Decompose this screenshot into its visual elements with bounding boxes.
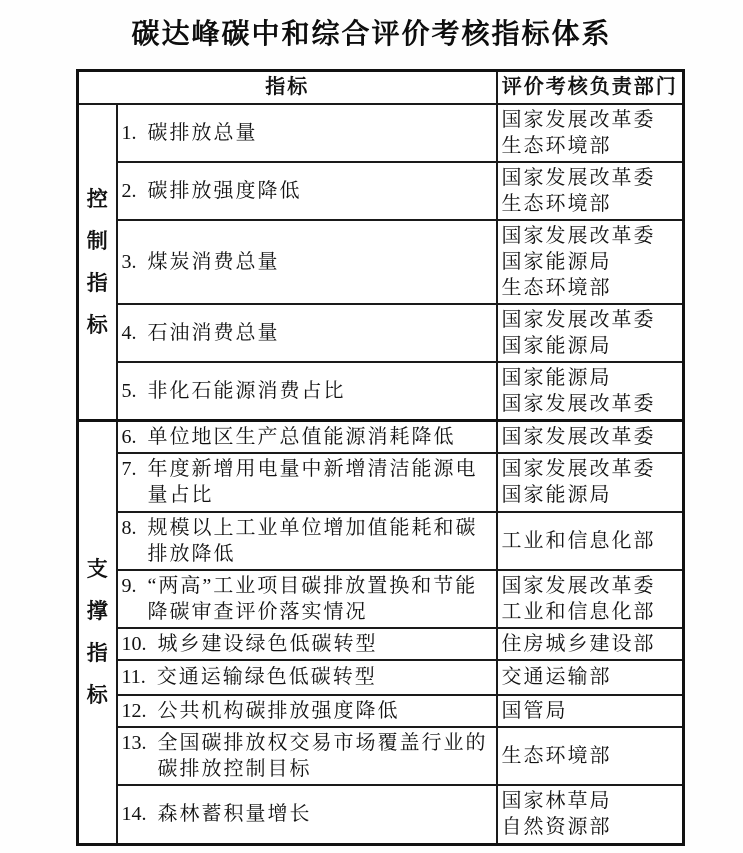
table-header-row: 指标 评价考核负责部门 [78,71,684,104]
department-cell: 生态环境部 [497,727,684,785]
department-cell: 交通运输部 [497,660,684,695]
indicator-number: 13. [122,730,147,756]
indicator-number: 3. [122,249,137,275]
table-row: 10. 城乡建设绿色低碳转型 住房城乡建设部 [78,628,684,660]
indicator-text: 石油消费总量 [148,320,492,346]
indicator-cell: 14. 森林蓄积量增长 [117,785,497,845]
indicator-text: 单位地区生产总值能源消耗降低 [148,424,492,450]
indicator-text: 森林蓄积量增长 [158,801,492,827]
table-row: 8. 规模以上工业单位增加值能耗和碳排放降低 工业和信息化部 [78,512,684,570]
table-row: 5. 非化石能源消费占比 国家能源局 国家发展改革委 [78,362,684,421]
group-cell-control: 控制指标 [78,104,117,421]
indicator-text: 碳排放强度降低 [148,178,492,204]
department-cell: 国家发展改革委 国家能源局 [497,304,684,362]
indicator-number: 14. [122,801,147,827]
indicator-cell: 12. 公共机构碳排放强度降低 [117,695,497,727]
header-department: 评价考核负责部门 [497,71,684,104]
group-cell-support: 支撑指标 [78,420,117,845]
table-row: 14. 森林蓄积量增长 国家林草局 自然资源部 [78,785,684,845]
department-cell: 国家林草局 自然资源部 [497,785,684,845]
indicator-number: 4. [122,320,137,346]
department-cell: 国家发展改革委 国家能源局 [497,453,684,512]
indicator-cell: 4. 石油消费总量 [117,304,497,362]
indicator-cell: 9. “两高”工业项目碳排放置换和节能降碳审查评价落实情况 [117,570,497,628]
department-cell: 住房城乡建设部 [497,628,684,660]
indicator-text: 公共机构碳排放强度降低 [158,698,492,724]
indicator-cell: 1. 碳排放总量 [117,104,497,162]
indicator-cell: 10. 城乡建设绿色低碳转型 [117,628,497,660]
department-cell: 国家发展改革委 生态环境部 [497,162,684,220]
indicator-cell: 6. 单位地区生产总值能源消耗降低 [117,420,497,453]
indicator-text: 交通运输绿色低碳转型 [157,664,492,690]
department-cell: 国家发展改革委 [497,420,684,453]
table-row: 12. 公共机构碳排放强度降低 国管局 [78,695,684,727]
indicator-text: 全国碳排放权交易市场覆盖行业的碳排放控制目标 [158,730,492,782]
table-row: 控制指标 1. 碳排放总量 国家发展改革委 生态环境部 [78,104,684,162]
indicator-text: 非化石能源消费占比 [148,378,492,404]
group-label: 支撑指标 [86,548,108,716]
indicator-number: 9. [122,573,137,599]
indicator-cell: 11. 交通运输绿色低碳转型 [117,660,497,695]
table-row: 4. 石油消费总量 国家发展改革委 国家能源局 [78,304,684,362]
indicator-cell: 3. 煤炭消费总量 [117,220,497,304]
department-cell: 国管局 [497,695,684,727]
indicator-text: “两高”工业项目碳排放置换和节能降碳审查评价落实情况 [148,573,492,625]
indicator-number: 7. [122,456,137,482]
department-cell: 国家发展改革委 生态环境部 [497,104,684,162]
table-row: 11. 交通运输绿色低碳转型 交通运输部 [78,660,684,695]
table-row: 7. 年度新增用电量中新增清洁能源电量占比 国家发展改革委 国家能源局 [78,453,684,512]
page-title: 碳达峰碳中和综合评价考核指标体系 [0,12,743,52]
department-cell: 国家发展改革委 工业和信息化部 [497,570,684,628]
indicator-text: 煤炭消费总量 [148,249,492,275]
indicator-number: 5. [122,378,137,404]
indicator-number: 8. [122,515,137,541]
department-cell: 国家能源局 国家发展改革委 [497,362,684,421]
indicator-cell: 5. 非化石能源消费占比 [117,362,497,421]
indicator-text: 城乡建设绿色低碳转型 [158,631,492,657]
indicator-cell: 13. 全国碳排放权交易市场覆盖行业的碳排放控制目标 [117,727,497,785]
table-row: 2. 碳排放强度降低 国家发展改革委 生态环境部 [78,162,684,220]
department-cell: 工业和信息化部 [497,512,684,570]
header-indicator: 指标 [78,71,497,104]
indicator-text: 年度新增用电量中新增清洁能源电量占比 [148,456,492,508]
indicator-cell: 8. 规模以上工业单位增加值能耗和碳排放降低 [117,512,497,570]
indicator-number: 6. [122,424,137,450]
group-label: 控制指标 [86,178,108,346]
indicator-number: 2. [122,178,137,204]
indicator-cell: 2. 碳排放强度降低 [117,162,497,220]
table-row: 9. “两高”工业项目碳排放置换和节能降碳审查评价落实情况 国家发展改革委 工业… [78,570,684,628]
table-row: 13. 全国碳排放权交易市场覆盖行业的碳排放控制目标 生态环境部 [78,727,684,785]
table-row: 支撑指标 6. 单位地区生产总值能源消耗降低 国家发展改革委 [78,420,684,453]
department-cell: 国家发展改革委 国家能源局 生态环境部 [497,220,684,304]
indicator-number: 11. [122,664,146,690]
indicator-text: 碳排放总量 [148,120,492,146]
indicator-number: 10. [122,631,147,657]
indicator-cell: 7. 年度新增用电量中新增清洁能源电量占比 [117,453,497,512]
indicator-number: 1. [122,120,137,146]
indicator-number: 12. [122,698,147,724]
indicator-text: 规模以上工业单位增加值能耗和碳排放降低 [148,515,492,567]
document-page: 碳达峰碳中和综合评价考核指标体系 指标 评价考核负责部门 控制指标 1. 碳排放… [0,0,743,853]
indicator-table: 指标 评价考核负责部门 控制指标 1. 碳排放总量 国家发展改革委 生态环境部 … [76,69,685,846]
table-row: 3. 煤炭消费总量 国家发展改革委 国家能源局 生态环境部 [78,220,684,304]
